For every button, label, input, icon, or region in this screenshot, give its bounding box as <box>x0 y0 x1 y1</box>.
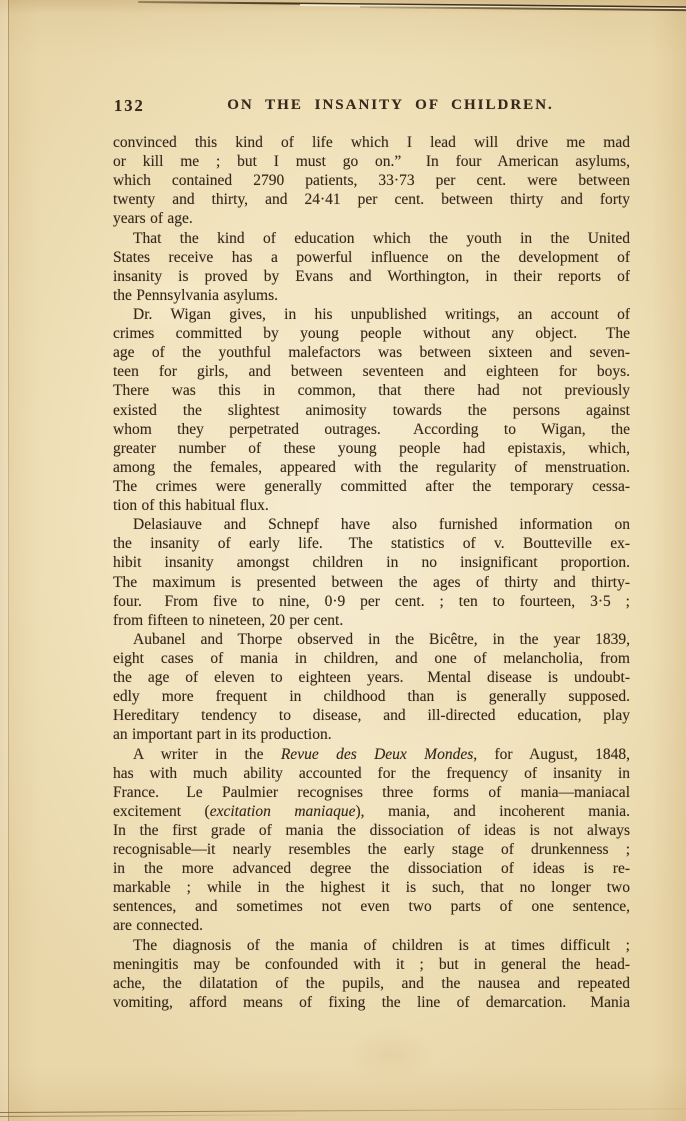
text-line: has with much ability accounted for the … <box>113 764 630 783</box>
text-line: ache, the dilatation of the pupils, and … <box>113 974 630 993</box>
text-line: In the first grade of mania the dissocia… <box>113 821 630 840</box>
page-top-edge-line-secondary <box>360 6 686 11</box>
text-line: excitement (excitation maniaque), mania,… <box>113 802 630 821</box>
text-line: the insanity of early life. The statisti… <box>113 534 630 553</box>
paragraph: That the kind of education which the you… <box>113 229 630 305</box>
text-line: vomiting, afford means of fixing the lin… <box>113 993 630 1012</box>
page-left-edge-line <box>8 0 9 1121</box>
book-page-scan: 132 ON THE INSANITY OF CHILDREN. convinc… <box>0 0 686 1121</box>
text-line: in the more advanced degree the dissocia… <box>113 859 630 878</box>
text-column: 132 ON THE INSANITY OF CHILDREN. convinc… <box>113 96 630 1012</box>
text-line: or kill me ; but I must go on.” In four … <box>113 152 630 171</box>
text-line: The maximum is presented between the age… <box>113 573 630 592</box>
paragraph: convinced this kind of life which I lead… <box>113 133 630 229</box>
text-line: age of the youthful malefactors was betw… <box>113 343 630 362</box>
text-line: The diagnosis of the mania of children i… <box>113 936 630 955</box>
page-bottom-edge-line-secondary <box>0 1114 330 1117</box>
text-line: That the kind of education which the you… <box>113 229 630 248</box>
text-line: sentences, and sometimes not even two pa… <box>113 897 630 916</box>
text-line: Delasiauve and Schnepf have also furnish… <box>113 515 630 534</box>
text-line: convinced this kind of life which I lead… <box>113 133 630 152</box>
text-line: A writer in the Revue des Deux Mondes, f… <box>113 745 630 764</box>
text-line: eight cases of mania in children, and on… <box>113 649 630 668</box>
page-top-edge-highlight <box>300 4 686 10</box>
text-line: edly more frequent in childhood than is … <box>113 687 630 706</box>
text-line: greater number of these young people had… <box>113 439 630 458</box>
text-line: years of age. <box>113 209 630 228</box>
text-line: Aubanel and Thorpe observed in the Bicêt… <box>113 630 630 649</box>
text-line: whom they perpetrated outrages. Accordin… <box>113 420 630 439</box>
text-line: States receive has a powerful influence … <box>113 248 630 267</box>
text-line: recognisable—it nearly resembles the ear… <box>113 840 630 859</box>
text-line: meningitis may be confounded with it ; b… <box>113 955 630 974</box>
text-line: among the females, appeared with the reg… <box>113 458 630 477</box>
page-bottom-edge-line <box>0 1108 686 1113</box>
running-title: ON THE INSANITY OF CHILDREN. <box>113 97 630 114</box>
page-top-edge-line <box>138 1 686 9</box>
page-left-edge-strip <box>0 0 8 1121</box>
text-line: which contained 2790 patients, 33·73 per… <box>113 171 630 190</box>
paragraph: Delasiauve and Schnepf have also furnish… <box>113 515 630 630</box>
paragraph: Dr. Wigan gives, in his unpublished writ… <box>113 305 630 515</box>
text-line: insanity is proved by Evans and Worthing… <box>113 267 630 286</box>
text-line: the age of eleven to eighteen years. Men… <box>113 668 630 687</box>
text-line: an important part in its production. <box>113 725 630 744</box>
text-line: teen for girls, and between seventeen an… <box>113 362 630 381</box>
text-line: are connected. <box>113 916 630 935</box>
text-line: The crimes were generally committed afte… <box>113 477 630 496</box>
text-line: crimes committed by young people without… <box>113 324 630 343</box>
paragraph: The diagnosis of the mania of children i… <box>113 936 630 1012</box>
text-line: four. From five to nine, 0·9 per cent. ;… <box>113 592 630 611</box>
text-line: hibit insanity amongst children in no in… <box>113 553 630 572</box>
text-line: from fifteen to nineteen, 20 per cent. <box>113 611 630 630</box>
text-line: the Pennsylvania asylums. <box>113 286 630 305</box>
text-line: markable ; while in the highest it is su… <box>113 878 630 897</box>
text-line: Hereditary tendency to disease, and ill-… <box>113 706 630 725</box>
text-line: France. Le Paulmier recognises three for… <box>113 783 630 802</box>
text-line: twenty and thirty, and 24·41 per cent. b… <box>113 190 630 209</box>
text-line: existed the slightest animosity towards … <box>113 401 630 420</box>
text-line: Dr. Wigan gives, in his unpublished writ… <box>113 305 630 324</box>
text-line: tion of this habitual flux. <box>113 496 630 515</box>
running-head: 132 ON THE INSANITY OF CHILDREN. <box>113 96 630 114</box>
paragraph: A writer in the Revue des Deux Mondes, f… <box>113 745 630 936</box>
body-text: convinced this kind of life which I lead… <box>113 133 630 1012</box>
paragraph: Aubanel and Thorpe observed in the Bicêt… <box>113 630 630 745</box>
text-line: There was this in common, that there had… <box>113 381 630 400</box>
